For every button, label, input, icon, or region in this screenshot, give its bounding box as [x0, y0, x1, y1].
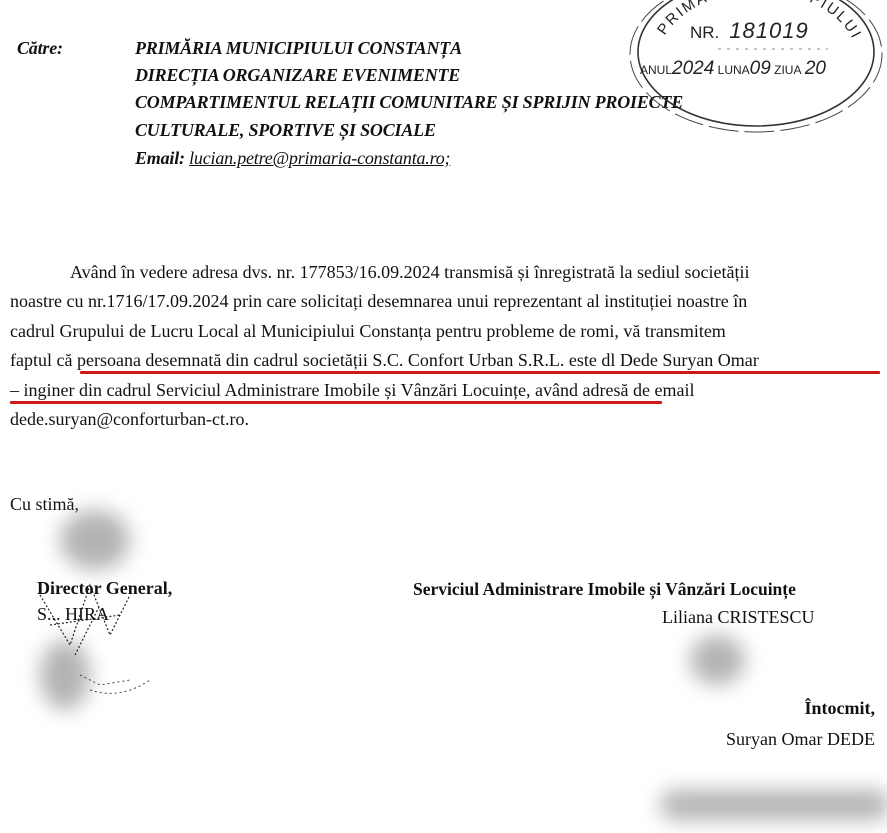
recipient-line-2: DIRECȚIA ORGANIZARE EVENIMENTE [135, 65, 460, 86]
department-head-name: Liliana CRISTESCU [662, 607, 815, 628]
recipient-label: Către: [17, 38, 63, 59]
closing-salutation: Cu stimă, [10, 494, 79, 515]
recipient-email-row: Email: lucian.petre@primaria-constanta.r… [135, 148, 450, 169]
director-title: Director General, [37, 578, 172, 599]
body-line-1: Având în vedere adresa dvs. nr. 177853/1… [10, 258, 876, 287]
prepared-by-label: Întocmit, [805, 698, 876, 719]
recipient-line-1: PRIMĂRIA MUNICIPIULUI CONSTANȚA [135, 38, 462, 59]
email-label: Email: [135, 148, 185, 168]
redacted-footer [660, 790, 887, 820]
stamp-date: ANUL2024 LUNA09 ZIUA 20 [640, 58, 826, 80]
prepared-by-name: Suryan Omar DEDE [726, 729, 875, 750]
body-line-6: dede.suryan@conforturban-ct.ro. [10, 405, 876, 434]
highlight-underline-2 [10, 401, 662, 404]
stamp-number: NR.181019 [690, 18, 809, 44]
recipient-email-link[interactable]: lucian.petre@primaria-constanta.ro; [189, 148, 450, 168]
highlight-underline-1 [80, 371, 880, 374]
recipient-line-4: CULTURALE, SPORTIVE ȘI SOCIALE [135, 120, 436, 141]
body-line-2: noastre cu nr.1716/17.09.2024 prin care … [10, 287, 876, 316]
body-line-3: cadrul Grupului de Lucru Local al Munici… [10, 317, 876, 346]
redacted-signature-2 [690, 635, 745, 685]
director-name: S... HIRA [37, 604, 109, 625]
recipient-line-3: COMPARTIMENTUL RELAȚII COMUNITARE ȘI SPR… [135, 92, 683, 113]
letter-body: Având în vedere adresa dvs. nr. 177853/1… [10, 258, 876, 434]
stamp-number-value: 181019 [729, 18, 808, 43]
department-title: Serviciul Administrare Imobile și Vânzăr… [413, 579, 796, 600]
